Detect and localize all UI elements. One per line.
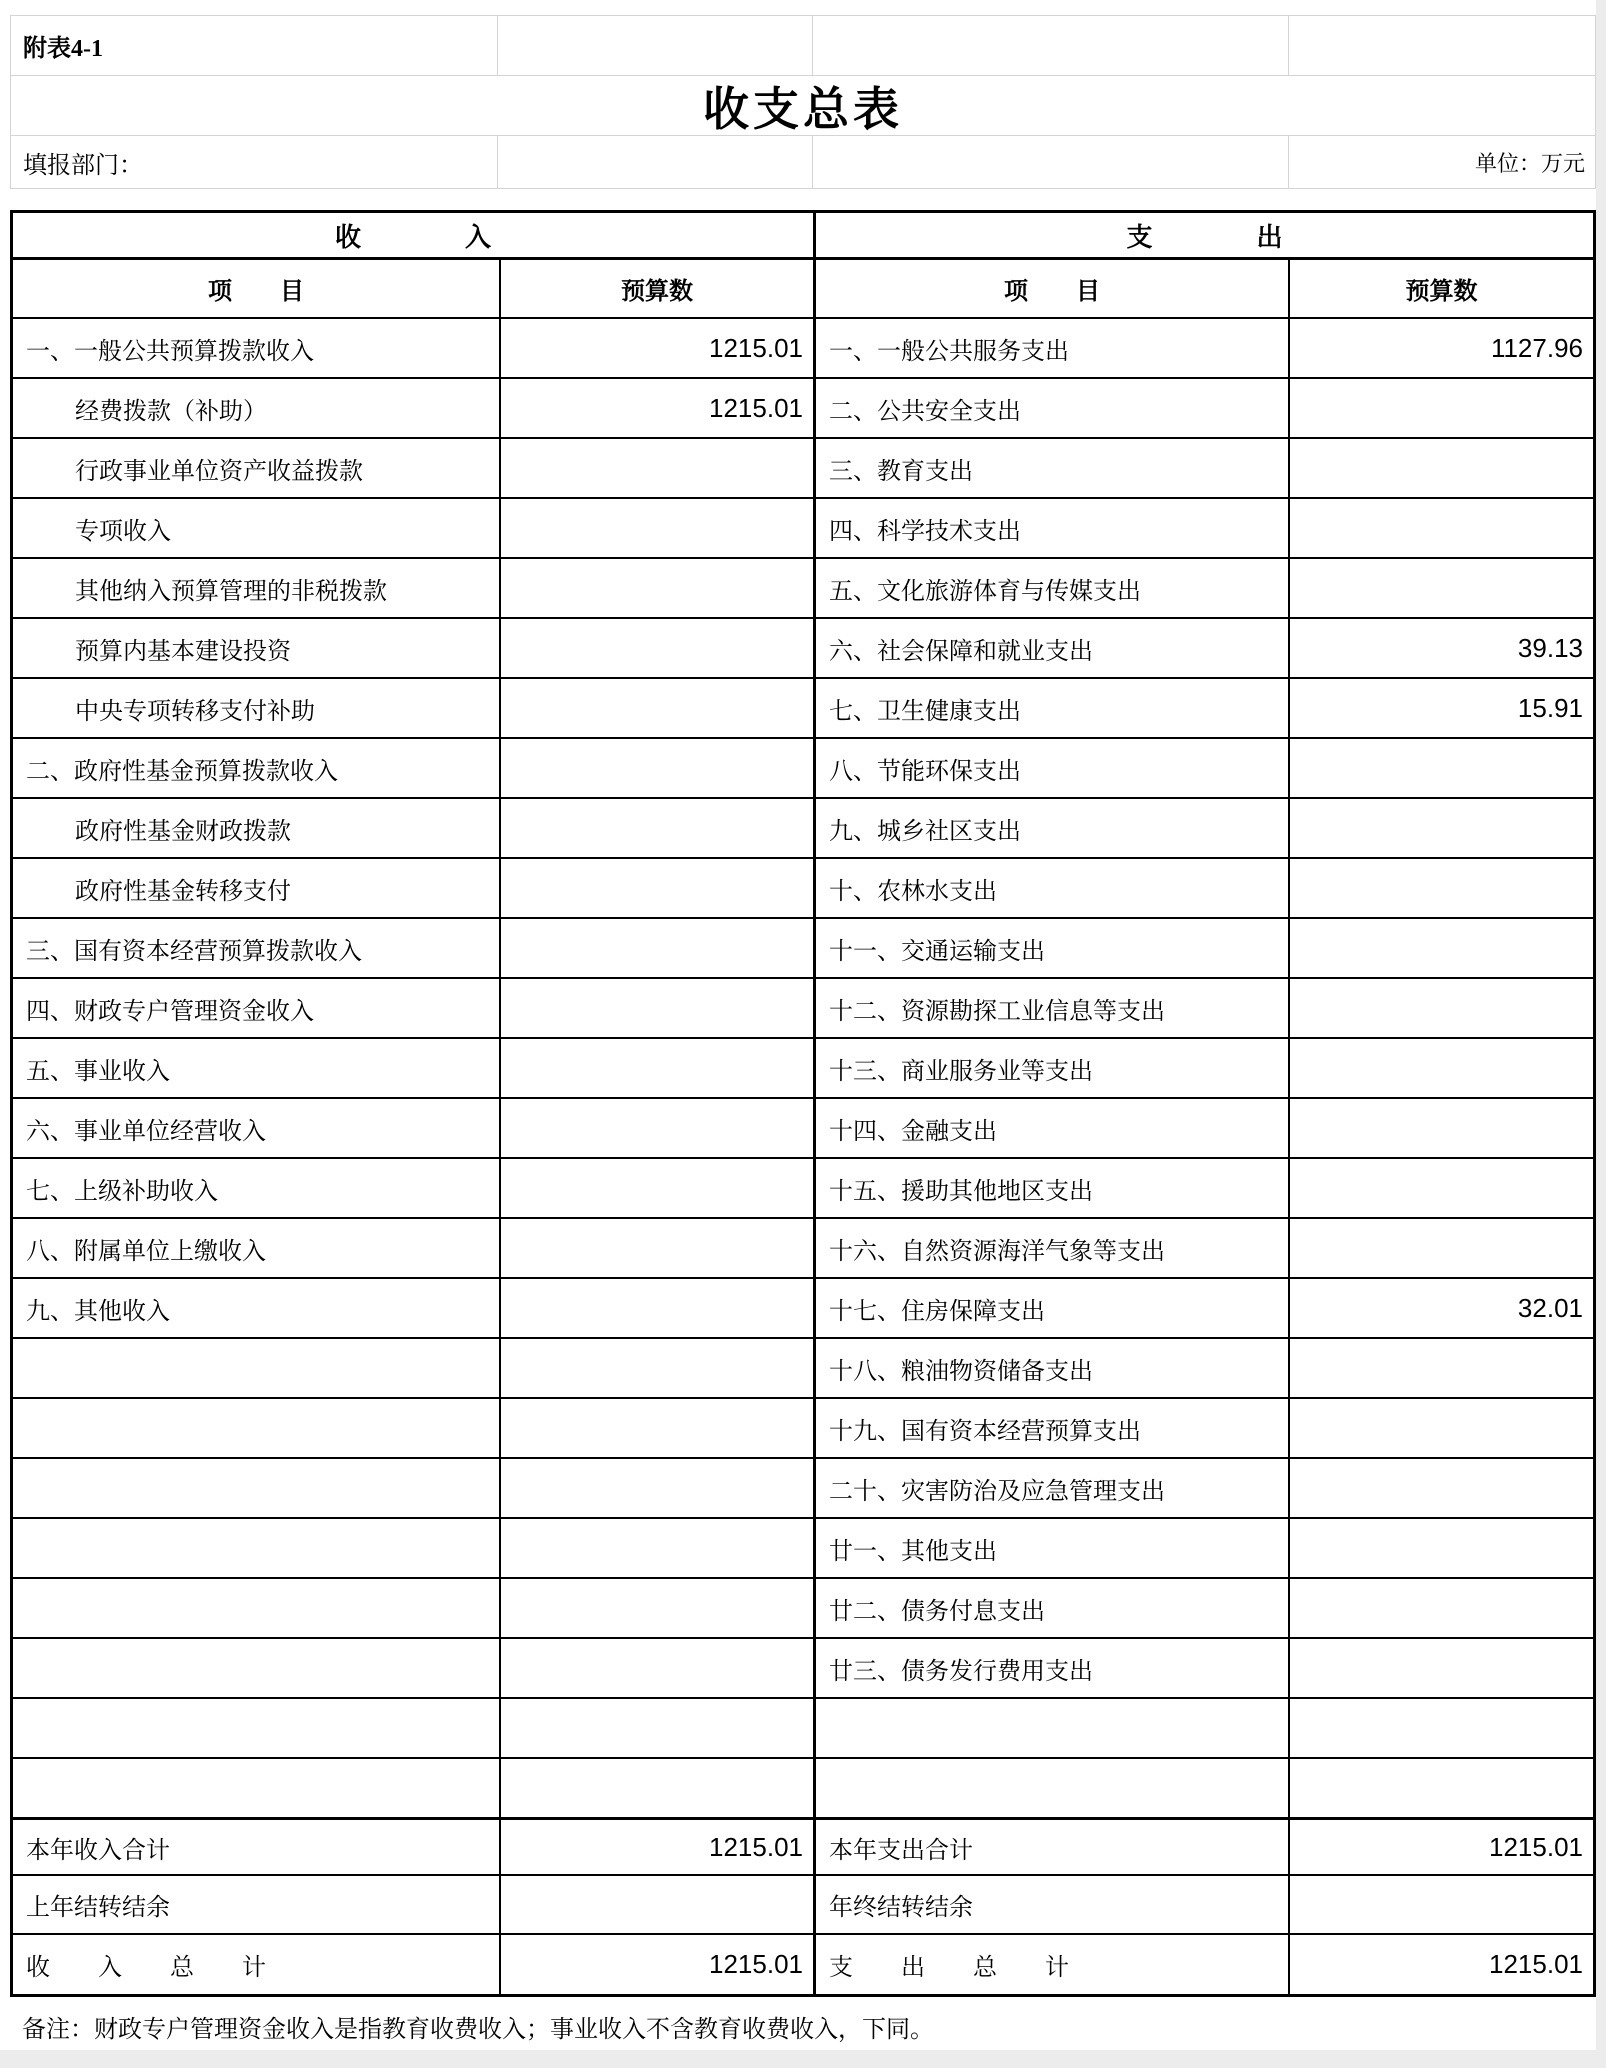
expense-budget-value: 1215.01: [1489, 1832, 1593, 1863]
income-budget-cell: [499, 1399, 813, 1457]
expense-item-label: 四、科学技术支出: [816, 511, 1021, 546]
note-row: 备注：财政专户管理资金收入是指教育收费收入；事业收入不含教育收费收入，下同。: [10, 1997, 1596, 2056]
table-row: 政府性基金转移支付 十、农林水支出: [13, 857, 1593, 917]
expense-budget-cell: [1288, 739, 1593, 797]
income-item-cell: 六、事业单位经营收入: [13, 1099, 499, 1157]
expense-budget-cell: [1288, 1039, 1593, 1097]
income-item-cell: 三、国有资本经营预算拨款收入: [13, 919, 499, 977]
expense-budget-cell: [1288, 1759, 1593, 1817]
expense-budget-cell: [1288, 1339, 1593, 1397]
income-item-label: 五、事业收入: [13, 1051, 170, 1086]
income-budget-value: 1215.01: [709, 333, 813, 364]
table-row: 廿三、债务发行费用支出: [13, 1637, 1593, 1697]
expense-item-cell: 十三、商业服务业等支出: [813, 1039, 1288, 1097]
dept-label: 填报部门：: [11, 145, 143, 180]
expense-item-header: 项 目: [1004, 271, 1100, 306]
expense-item-cell: 四、科学技术支出: [813, 499, 1288, 557]
expense-item-cell: [813, 1759, 1288, 1817]
table-row: 中央专项转移支付补助 七、卫生健康支出 15.91: [13, 677, 1593, 737]
expense-budget-value: 39.13: [1518, 633, 1593, 664]
income-item-cell: 政府性基金转移支付: [13, 859, 499, 917]
income-budget-cell: [499, 1519, 813, 1577]
income-budget-cell: [499, 619, 813, 677]
expense-budget-cell: 15.91: [1288, 679, 1593, 737]
sheet-label-row: 附表4-1: [10, 15, 1596, 75]
expense-item-cell: 七、卫生健康支出: [813, 679, 1288, 737]
income-item-label: 六、事业单位经营收入: [13, 1111, 266, 1146]
expense-budget-cell: [1288, 1519, 1593, 1577]
table-row: 上年结转结余 年终结转结余: [13, 1874, 1593, 1933]
sheet-label: 附表4-1: [11, 28, 103, 63]
income-item-label: 八、附属单位上缴收入: [13, 1231, 266, 1266]
expense-item-cell: 二十、灾害防治及应急管理支出: [813, 1459, 1288, 1517]
income-item-cell: 一、一般公共预算拨款收入: [13, 319, 499, 377]
title-row: 收支总表: [10, 75, 1596, 135]
summary-table: 收 入 支 出 项 目 预算数 项 目 预算数 一、一般公共预算拨款收入: [10, 210, 1596, 1997]
income-budget-cell: 1215.01: [499, 379, 813, 437]
income-budget-cell: [499, 1639, 813, 1697]
unit-label: 单位：万元: [1475, 147, 1595, 178]
expense-item-cell: 本年支出合计: [813, 1820, 1288, 1874]
income-item-cell: 行政事业单位资产收益拨款: [13, 439, 499, 497]
expense-item-cell: 九、城乡社区支出: [813, 799, 1288, 857]
expense-budget-header-cell: 预算数: [1288, 260, 1593, 317]
expense-item-label: 十八、粮油物资储备支出: [816, 1351, 1093, 1386]
expense-budget-cell: [1288, 799, 1593, 857]
expense-budget-value: 1127.96: [1491, 333, 1593, 364]
income-item-cell: [13, 1699, 499, 1757]
income-item-cell: 中央专项转移支付补助: [13, 679, 499, 737]
expense-budget-cell: [1288, 1579, 1593, 1637]
income-item-label: 本年收入合计: [13, 1830, 170, 1865]
income-item-cell: [13, 1339, 499, 1397]
expense-item-cell: 十六、自然资源海洋气象等支出: [813, 1219, 1288, 1277]
income-item-header-cell: 项 目: [13, 260, 499, 317]
expense-item-cell: 六、社会保障和就业支出: [813, 619, 1288, 677]
income-budget-header-cell: 预算数: [499, 260, 813, 317]
expense-budget-cell: 1215.01: [1288, 1935, 1593, 1994]
expense-item-label: 十三、商业服务业等支出: [816, 1051, 1093, 1086]
income-item-cell: [13, 1519, 499, 1577]
expense-section-header-cell: 支 出: [813, 213, 1593, 257]
empty-cell: [498, 136, 814, 188]
expense-item-cell: 十四、金融支出: [813, 1099, 1288, 1157]
expense-budget-cell: [1288, 499, 1593, 557]
income-budget-header: 预算数: [621, 271, 693, 306]
empty-cell: [813, 136, 1289, 188]
income-item-label: 行政事业单位资产收益拨款: [13, 451, 363, 486]
table-row: 其他纳入预算管理的非税拨款 五、文化旅游体育与传媒支出: [13, 557, 1593, 617]
table-row: 行政事业单位资产收益拨款 三、教育支出: [13, 437, 1593, 497]
expense-item-label: 八、节能环保支出: [816, 751, 1021, 786]
income-item-label: 其他纳入预算管理的非税拨款: [13, 571, 387, 606]
income-item-label: 九、其他收入: [13, 1291, 170, 1326]
expense-item-cell: 十九、国有资本经营预算支出: [813, 1399, 1288, 1457]
expense-budget-cell: [1288, 1639, 1593, 1697]
income-item-header: 项 目: [208, 271, 304, 306]
income-item-cell: 本年收入合计: [13, 1820, 499, 1874]
expense-item-label: 二十、灾害防治及应急管理支出: [816, 1471, 1165, 1506]
income-item-cell: 专项收入: [13, 499, 499, 557]
income-budget-cell: [499, 919, 813, 977]
income-item-label: 四、财政专户管理资金收入: [13, 991, 314, 1026]
income-budget-cell: 1215.01: [499, 319, 813, 377]
income-item-label: 预算内基本建设投资: [13, 631, 291, 666]
income-item-cell: [13, 1759, 499, 1817]
expense-item-label: 十一、交通运输支出: [816, 931, 1045, 966]
income-item-label: 经费拨款（补助）: [13, 391, 267, 426]
income-budget-value: 1215.01: [709, 1832, 813, 1863]
expense-item-label: 本年支出合计: [816, 1830, 973, 1865]
table-row: 廿二、债务付息支出: [13, 1577, 1593, 1637]
expense-item-label: 九、城乡社区支出: [816, 811, 1021, 846]
expense-item-label: 二、公共安全支出: [816, 391, 1021, 426]
income-item-label: 中央专项转移支付补助: [13, 691, 315, 726]
table-row: 五、事业收入 十三、商业服务业等支出: [13, 1037, 1593, 1097]
income-budget-cell: [499, 1579, 813, 1637]
income-item-cell: 预算内基本建设投资: [13, 619, 499, 677]
expense-budget-cell: [1288, 1399, 1593, 1457]
expense-item-cell: 十七、住房保障支出: [813, 1279, 1288, 1337]
unit-label-cell: 单位：万元: [1289, 136, 1596, 188]
expense-budget-header: 预算数: [1406, 271, 1478, 306]
income-budget-cell: 1215.01: [499, 1935, 813, 1994]
expense-item-cell: 十一、交通运输支出: [813, 919, 1288, 977]
table-row: 一、一般公共预算拨款收入 1215.01 一、一般公共服务支出 1127.96: [13, 317, 1593, 377]
expense-section-header: 支 出: [1126, 217, 1282, 254]
income-item-cell: 其他纳入预算管理的非税拨款: [13, 559, 499, 617]
expense-item-label: 廿一、其他支出: [816, 1531, 997, 1566]
income-budget-cell: [499, 1039, 813, 1097]
income-item-cell: [13, 1459, 499, 1517]
title-cell: 收支总表: [11, 76, 1596, 135]
expense-item-cell: 八、节能环保支出: [813, 739, 1288, 797]
income-item-cell: 收 入 总 计: [13, 1935, 499, 1994]
empty-cell: [1289, 16, 1596, 75]
expense-budget-value: 1215.01: [1489, 1949, 1593, 1980]
dept-label-cell: 填报部门：: [11, 136, 498, 188]
income-section-header: 收 入: [335, 217, 491, 254]
note-text: 备注：财政专户管理资金收入是指教育收费收入；事业收入不含教育收费收入，下同。: [10, 2009, 934, 2044]
table-row: 九、其他收入 十七、住房保障支出 32.01: [13, 1277, 1593, 1337]
expense-budget-cell: [1288, 1699, 1593, 1757]
table-row: 预算内基本建设投资 六、社会保障和就业支出 39.13: [13, 617, 1593, 677]
table-row: 二、政府性基金预算拨款收入 八、节能环保支出: [13, 737, 1593, 797]
income-budget-cell: [499, 799, 813, 857]
expense-budget-cell: [1288, 859, 1593, 917]
table-row: 八、附属单位上缴收入 十六、自然资源海洋气象等支出: [13, 1217, 1593, 1277]
income-budget-cell: [499, 559, 813, 617]
income-item-cell: 经费拨款（补助）: [13, 379, 499, 437]
spacer: [10, 189, 1596, 210]
income-budget-cell: [499, 859, 813, 917]
table-row: 专项收入 四、科学技术支出: [13, 497, 1593, 557]
income-budget-cell: [499, 1876, 813, 1933]
income-item-label: 政府性基金财政拨款: [13, 811, 291, 846]
expense-budget-cell: 1127.96: [1288, 319, 1593, 377]
expense-item-cell: 三、教育支出: [813, 439, 1288, 497]
income-item-cell: 政府性基金财政拨款: [13, 799, 499, 857]
table-row: 收 入 总 计 1215.01 支 出 总 计 1215.01: [13, 1933, 1593, 1994]
income-item-label: 收 入 总 计: [13, 1947, 266, 1982]
income-item-label: 一、一般公共预算拨款收入: [13, 331, 314, 366]
expense-item-label: 三、教育支出: [816, 451, 973, 486]
expense-item-label: 一、一般公共服务支出: [816, 331, 1069, 366]
expense-item-cell: [813, 1699, 1288, 1757]
expense-budget-cell: [1288, 1159, 1593, 1217]
expense-item-cell: 廿一、其他支出: [813, 1519, 1288, 1577]
expense-budget-cell: [1288, 379, 1593, 437]
income-budget-cell: [499, 1699, 813, 1757]
table-row: 十九、国有资本经营预算支出: [13, 1397, 1593, 1457]
income-budget-cell: [499, 1339, 813, 1397]
expense-budget-cell: [1288, 919, 1593, 977]
income-budget-cell: [499, 1759, 813, 1817]
expense-item-label: 十九、国有资本经营预算支出: [816, 1411, 1141, 1446]
income-item-cell: [13, 1399, 499, 1457]
expense-budget-cell: [1288, 979, 1593, 1037]
income-item-label: 政府性基金转移支付: [13, 871, 291, 906]
table-row: 廿一、其他支出: [13, 1517, 1593, 1577]
income-budget-cell: [499, 1099, 813, 1157]
expense-item-cell: 廿三、债务发行费用支出: [813, 1639, 1288, 1697]
expense-item-cell: 十、农林水支出: [813, 859, 1288, 917]
income-budget-cell: [499, 979, 813, 1037]
table-row: 三、国有资本经营预算拨款收入 十一、交通运输支出: [13, 917, 1593, 977]
empty-cell: [813, 16, 1289, 75]
column-header-row: 项 目 预算数 项 目 预算数: [13, 257, 1593, 317]
expense-budget-cell: [1288, 1219, 1593, 1277]
expense-item-label: 五、文化旅游体育与传媒支出: [816, 571, 1141, 606]
expense-item-label: 廿三、债务发行费用支出: [816, 1651, 1093, 1686]
income-item-label: 上年结转结余: [13, 1887, 170, 1922]
income-item-cell: 七、上级补助收入: [13, 1159, 499, 1217]
expense-budget-cell: [1288, 439, 1593, 497]
income-item-label: 七、上级补助收入: [13, 1171, 218, 1206]
income-item-cell: 五、事业收入: [13, 1039, 499, 1097]
income-item-cell: 四、财政专户管理资金收入: [13, 979, 499, 1037]
table-row: 政府性基金财政拨款 九、城乡社区支出: [13, 797, 1593, 857]
expense-item-cell: 廿二、债务付息支出: [813, 1579, 1288, 1637]
sheet-label-cell: 附表4-1: [11, 16, 498, 75]
dept-row: 填报部门： 单位：万元: [10, 135, 1596, 189]
expense-budget-value: 15.91: [1518, 693, 1593, 724]
table-row: 六、事业单位经营收入 十四、金融支出: [13, 1097, 1593, 1157]
income-section-header-cell: 收 入: [13, 213, 813, 257]
expense-item-cell: 五、文化旅游体育与传媒支出: [813, 559, 1288, 617]
table-row: 七、上级补助收入 十五、援助其他地区支出: [13, 1157, 1593, 1217]
income-item-label: 三、国有资本经营预算拨款收入: [13, 931, 362, 966]
expense-item-cell: 十二、资源勘探工业信息等支出: [813, 979, 1288, 1037]
income-item-cell: 九、其他收入: [13, 1279, 499, 1337]
table-row: [13, 1757, 1593, 1817]
expense-item-cell: 十八、粮油物资储备支出: [813, 1339, 1288, 1397]
income-item-label: 二、政府性基金预算拨款收入: [13, 751, 338, 786]
empty-cell: [498, 16, 814, 75]
expense-item-cell: 一、一般公共服务支出: [813, 319, 1288, 377]
table-row: 经费拨款（补助） 1215.01 二、公共安全支出: [13, 377, 1593, 437]
expense-budget-cell: [1288, 1876, 1593, 1933]
expense-budget-cell: 32.01: [1288, 1279, 1593, 1337]
table-row: 十八、粮油物资储备支出: [13, 1337, 1593, 1397]
income-budget-cell: [499, 1279, 813, 1337]
expense-budget-cell: [1288, 559, 1593, 617]
expense-budget-value: 32.01: [1518, 1293, 1593, 1324]
table-row: [13, 1697, 1593, 1757]
expense-item-label: 十二、资源勘探工业信息等支出: [816, 991, 1165, 1026]
expense-item-label: 十、农林水支出: [816, 871, 997, 906]
expense-item-cell: 支 出 总 计: [813, 1935, 1288, 1994]
income-budget-cell: 1215.01: [499, 1820, 813, 1874]
income-budget-cell: [499, 499, 813, 557]
income-budget-value: 1215.01: [709, 1949, 813, 1980]
income-budget-cell: [499, 1159, 813, 1217]
sheet-content: 附表4-1 收支总表 填报部门： 单位：万元 收 入 支 出: [10, 15, 1596, 2056]
income-budget-cell: [499, 1459, 813, 1517]
income-item-cell: [13, 1579, 499, 1637]
table-body: 一、一般公共预算拨款收入 1215.01 一、一般公共服务支出 1127.96 …: [13, 317, 1593, 1994]
page-right-margin: [1596, 0, 1606, 2068]
expense-item-cell: 十五、援助其他地区支出: [813, 1159, 1288, 1217]
income-budget-cell: [499, 1219, 813, 1277]
income-item-cell: 二、政府性基金预算拨款收入: [13, 739, 499, 797]
section-header-row: 收 入 支 出: [13, 213, 1593, 257]
expense-item-header-cell: 项 目: [813, 260, 1288, 317]
income-budget-cell: [499, 439, 813, 497]
table-row: 二十、灾害防治及应急管理支出: [13, 1457, 1593, 1517]
expense-item-cell: 二、公共安全支出: [813, 379, 1288, 437]
table-row: 本年收入合计 1215.01 本年支出合计 1215.01: [13, 1817, 1593, 1874]
expense-item-label: 年终结转结余: [816, 1887, 973, 1922]
income-item-cell: [13, 1639, 499, 1697]
table-row: 四、财政专户管理资金收入 十二、资源勘探工业信息等支出: [13, 977, 1593, 1037]
expense-item-label: 十六、自然资源海洋气象等支出: [816, 1231, 1165, 1266]
expense-budget-cell: [1288, 1099, 1593, 1157]
expense-item-label: 廿二、债务付息支出: [816, 1591, 1045, 1626]
expense-budget-cell: [1288, 1459, 1593, 1517]
income-item-label: 专项收入: [13, 511, 171, 546]
income-budget-value: 1215.01: [709, 393, 813, 424]
income-budget-cell: [499, 679, 813, 737]
expense-item-label: 七、卫生健康支出: [816, 691, 1021, 726]
expense-item-cell: 年终结转结余: [813, 1876, 1288, 1933]
income-item-cell: 上年结转结余: [13, 1876, 499, 1933]
page-title: 收支总表: [703, 73, 903, 139]
income-item-cell: 八、附属单位上缴收入: [13, 1219, 499, 1277]
income-budget-cell: [499, 739, 813, 797]
expense-budget-cell: 39.13: [1288, 619, 1593, 677]
expense-item-label: 六、社会保障和就业支出: [816, 631, 1093, 666]
expense-item-label: 十四、金融支出: [816, 1111, 997, 1146]
expense-item-label: 十七、住房保障支出: [816, 1291, 1045, 1326]
expense-item-label: 支 出 总 计: [816, 1947, 1069, 1982]
expense-item-label: 十五、援助其他地区支出: [816, 1171, 1093, 1206]
expense-budget-cell: 1215.01: [1288, 1820, 1593, 1874]
